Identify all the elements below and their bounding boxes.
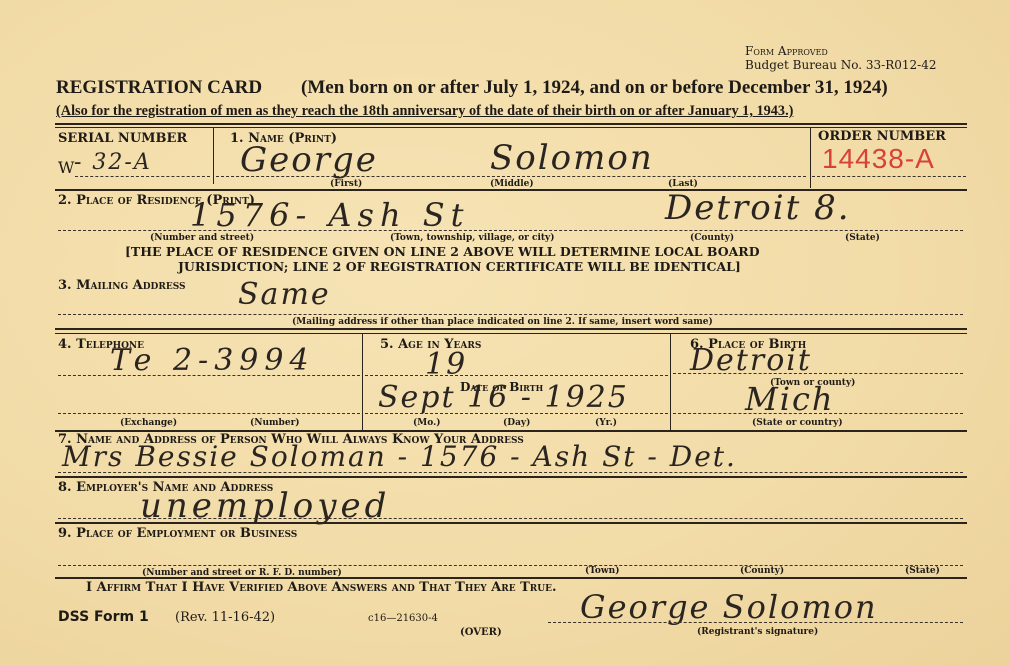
budget-bureau-number: Budget Bureau No. 33-R012-42 bbox=[745, 58, 936, 72]
mailing-address-value[interactable]: Same bbox=[238, 277, 331, 312]
residence-city-value[interactable]: Detroit 8. bbox=[665, 188, 851, 228]
age-divider bbox=[670, 334, 671, 430]
row3-rule bbox=[55, 328, 967, 330]
serial-number-value[interactable]: - 32-A bbox=[74, 150, 152, 175]
birthplace-town-underline bbox=[673, 373, 963, 374]
employment-place-label: 9. Place of Employment or Business bbox=[58, 526, 297, 541]
top-rule bbox=[55, 123, 967, 125]
top-rule-2 bbox=[55, 127, 967, 128]
residence-county-caption: (County) bbox=[690, 233, 734, 243]
birthplace-state-caption: (State or country) bbox=[752, 418, 843, 428]
telephone-value[interactable]: Te 2-3994 bbox=[110, 343, 315, 378]
residence-notice-line2: JURISDICTION; LINE 2 OF REGISTRATION CER… bbox=[178, 259, 741, 274]
contact-underline bbox=[58, 472, 963, 473]
residence-street-caption: (Number and street) bbox=[150, 233, 254, 243]
employer-underline bbox=[58, 518, 963, 519]
dob-month-caption: (Mo.) bbox=[413, 418, 440, 428]
residence-street-value[interactable]: 1576- Ash St bbox=[190, 196, 470, 234]
card-title-range: (Men born on or after July 1, 1924, and … bbox=[301, 77, 888, 99]
employment-state-caption: (State) bbox=[905, 566, 940, 576]
mailing-caption: (Mailing address if other than place ind… bbox=[292, 317, 713, 327]
dob-year-caption: (Yr.) bbox=[595, 418, 617, 428]
residence-state-caption: (State) bbox=[845, 233, 880, 243]
name-underline bbox=[216, 176, 806, 177]
serial-underline bbox=[75, 176, 210, 177]
age-value[interactable]: 19 bbox=[425, 347, 467, 382]
form-approved: Form Approved bbox=[745, 44, 828, 58]
serial-divider bbox=[213, 128, 214, 184]
row8-rule bbox=[55, 522, 967, 524]
affirmation-text: I Affirm That I Have Verified Above Answ… bbox=[86, 580, 557, 595]
employment-county-caption: (County) bbox=[740, 566, 784, 576]
form-name: DSS Form 1 bbox=[58, 609, 149, 625]
print-code: c16—21630-4 bbox=[368, 613, 438, 624]
serial-prefix: W bbox=[58, 158, 74, 177]
order-divider bbox=[810, 128, 811, 188]
residence-underline bbox=[58, 230, 963, 231]
telephone-divider bbox=[362, 334, 363, 430]
row9-rule bbox=[55, 577, 967, 579]
telephone-exchange-caption: (Exchange) bbox=[120, 418, 177, 428]
employment-place-underline bbox=[58, 565, 963, 566]
mailing-address-label: 3. Mailing Address bbox=[58, 278, 186, 293]
dob-value[interactable]: Sept 16 - 1925 bbox=[378, 380, 629, 415]
order-number-label: ORDER NUMBER bbox=[818, 129, 946, 144]
name-first-caption: (First) bbox=[330, 179, 362, 189]
dob-underline bbox=[365, 413, 668, 414]
dob-day-caption: (Day) bbox=[503, 418, 530, 428]
order-underline bbox=[812, 176, 966, 177]
name-first-value[interactable]: George bbox=[240, 140, 378, 180]
form-revision: (Rev. 11-16-42) bbox=[175, 610, 275, 625]
row3-rule-2 bbox=[55, 333, 967, 334]
contact-value[interactable]: Mrs Bessie Soloman - 1576 - Ash St - Det… bbox=[62, 440, 737, 473]
mailing-underline bbox=[58, 314, 963, 315]
name-middle-caption: (Middle) bbox=[490, 179, 534, 189]
residence-town-caption: (Town, township, village, or city) bbox=[390, 233, 555, 243]
name-last-value[interactable]: Solomon bbox=[490, 138, 654, 178]
employer-value[interactable]: unemployed bbox=[140, 486, 390, 526]
row7-rule bbox=[55, 476, 967, 478]
order-number-value[interactable]: 14438-A bbox=[822, 143, 935, 175]
birthplace-state-underline bbox=[673, 413, 963, 414]
telephone-number-caption: (Number) bbox=[250, 418, 300, 428]
over-indicator: (OVER) bbox=[460, 627, 502, 638]
registrant-signature[interactable]: George Solomon bbox=[580, 588, 878, 626]
card-subtitle: (Also for the registration of men as the… bbox=[56, 103, 793, 120]
telephone-underline-1 bbox=[58, 375, 360, 376]
signature-underline bbox=[548, 622, 963, 623]
age-underline bbox=[365, 375, 668, 376]
signature-caption: (Registrant's signature) bbox=[697, 627, 818, 637]
employment-town-caption: (Town) bbox=[585, 566, 619, 576]
telephone-underline-2 bbox=[58, 413, 360, 414]
residence-notice-line1: [THE PLACE OF RESIDENCE GIVEN ON LINE 2 … bbox=[125, 244, 760, 259]
serial-number-label: SERIAL NUMBER bbox=[58, 131, 187, 146]
card-title: REGISTRATION CARD bbox=[56, 77, 262, 99]
